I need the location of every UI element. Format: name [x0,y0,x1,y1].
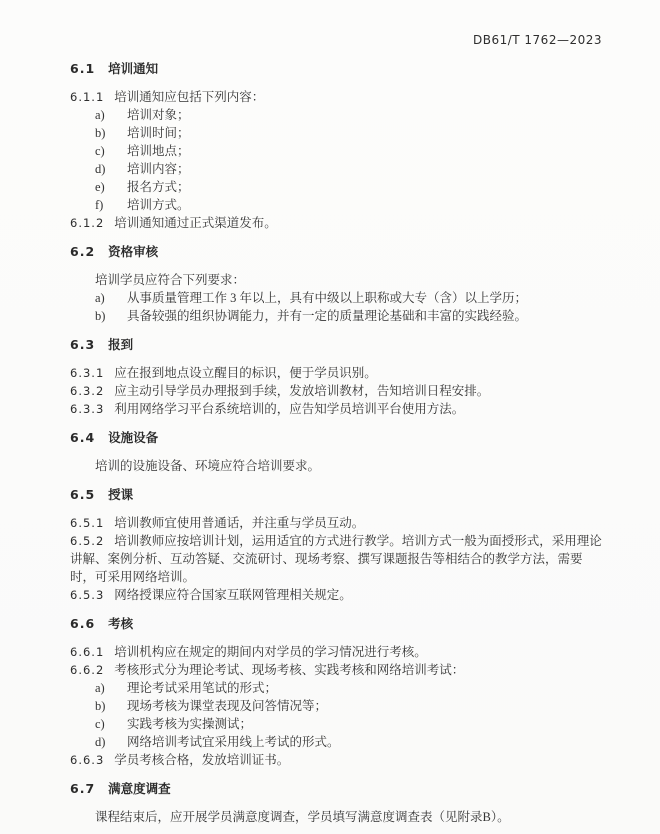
clause-6-5-1: 6.5.1培训教师宜使用普通话，并注重与学员互动。 [70,514,602,532]
clause-text: 培训机构应在规定的期间内对学员的学习情况进行考核。 [114,645,427,659]
clause-6-3-3: 6.3.3利用网络学习平台系统培训的，应告知学员培训平台使用方法。 [70,400,602,418]
list-text: 培训地点； [127,144,190,158]
paragraph: 培训的设施设备、环境应符合培训要求。 [70,457,602,475]
list-text: 报名方式； [127,180,190,194]
list-marker: b) [95,124,127,142]
clause-number: 6.3.1 [70,366,104,380]
clause-6-1-1: 6.1.1培训通知应包括下列内容： [70,88,602,106]
clause-text: 应在报到地点设立醒目的标识，便于学员识别。 [114,366,377,380]
clause-text: 学员考核合格，发放培训证书。 [114,753,289,767]
list-text: 培训方式。 [127,198,190,212]
section-number: 6.3 [70,337,95,352]
clause-number: 6.3.2 [70,384,104,398]
clause-text: 培训教师宜使用普通话，并注重与学员互动。 [114,516,364,530]
list-marker: a) [95,106,127,124]
clause-6-3-1: 6.3.1应在报到地点设立醒目的标识，便于学员识别。 [70,364,602,382]
clause-text: 培训教师应按培训计划，运用适宜的方式进行教学。培训方式一般为面授形式，采用理论讲… [70,534,602,584]
clause-number: 6.1.1 [70,90,104,104]
paragraph: 课程结束后，应开展学员满意度调查，学员填写满意度调查表（见附录B）。 [70,808,602,826]
list-marker: b) [95,697,127,715]
clause-number: 6.3.3 [70,402,104,416]
list-item: b)培训时间； [70,124,602,142]
clause-6-1-2: 6.1.2培训通知通过正式渠道发布。 [70,214,602,232]
list-item: b)具备较强的组织协调能力，并有一定的质量理论基础和丰富的实践经验。 [70,307,602,325]
clause-6-5-2: 6.5.2培训教师应按培训计划，运用适宜的方式进行教学。培训方式一般为面授形式，… [70,532,602,586]
clause-6-6-1: 6.6.1培训机构应在规定的期间内对学员的学习情况进行考核。 [70,643,602,661]
clause-6-3-2: 6.3.2应主动引导学员办理报到手续，发放培训教材，告知培训日程安排。 [70,382,602,400]
list-item: c)培训地点； [70,142,602,160]
section-heading-6-1: 6.1培训通知 [70,60,602,78]
list-marker: c) [95,715,127,733]
section-heading-6-4: 6.4设施设备 [70,429,602,447]
list-text: 理论考试采用笔试的形式； [127,681,277,695]
section-title: 授课 [108,488,133,502]
list-item: d)网络培训考试宜采用线上考试的形式。 [70,733,602,751]
section-heading-6-5: 6.5授课 [70,486,602,504]
list-text: 实践考核为实操测试； [127,717,252,731]
list-text: 培训内容； [127,162,190,176]
clause-text: 应主动引导学员办理报到手续，发放培训教材，告知培训日程安排。 [114,384,489,398]
list-text: 培训时间； [127,126,190,140]
list-item: a)理论考试采用笔试的形式； [70,679,602,697]
list-text: 培训对象； [127,108,190,122]
list-text: 现场考核为课堂表现及问答情况等； [127,699,327,713]
document-number-header: DB61/T 1762—2023 [70,32,602,48]
clause-6-5-3: 6.5.3网络授课应符合国家互联网管理相关规定。 [70,586,602,604]
clause-number: 6.6.3 [70,753,104,767]
clause-text: 利用网络学习平台系统培训的，应告知学员培训平台使用方法。 [114,402,464,416]
list-item: c)实践考核为实操测试； [70,715,602,733]
list-text: 具备较强的组织协调能力，并有一定的质量理论基础和丰富的实践经验。 [127,309,527,323]
list-marker: d) [95,733,127,751]
list-item: f)培训方式。 [70,196,602,214]
section-heading-6-7: 6.7满意度调查 [70,780,602,798]
section-title: 培训通知 [108,62,158,76]
list-marker: e) [95,178,127,196]
section-heading-6-2: 6.2资格审核 [70,243,602,261]
clause-number: 6.5.1 [70,516,104,530]
list-marker: f) [95,196,127,214]
list-text: 从事质量管理工作 3 年以上，具有中级以上职称或大专（含）以上学历； [127,291,527,305]
list-item: e)报名方式； [70,178,602,196]
section-title: 报到 [108,338,133,352]
list-marker: c) [95,142,127,160]
clause-text: 培训通知应包括下列内容： [114,90,264,104]
clause-text: 培训通知通过正式渠道发布。 [114,216,277,230]
list-item: a)培训对象； [70,106,602,124]
section-number: 6.6 [70,616,95,631]
clause-text: 网络授课应符合国家互联网管理相关规定。 [114,588,352,602]
clause-number: 6.5.2 [70,534,104,548]
list-marker: a) [95,679,127,697]
clause-6-6-2: 6.6.2考核形式分为理论考试、现场考核、实践考核和网络培训考试： [70,661,602,679]
clause-number: 6.6.1 [70,645,104,659]
clause-6-6-3: 6.6.3学员考核合格，发放培训证书。 [70,751,602,769]
list-text: 网络培训考试宜采用线上考试的形式。 [127,735,340,749]
section-number: 6.7 [70,781,95,796]
section-title: 满意度调查 [108,782,171,796]
list-marker: d) [95,160,127,178]
section-number: 6.1 [70,61,95,76]
document-page: DB61/T 1762—2023 6.1培训通知 6.1.1培训通知应包括下列内… [0,0,660,834]
clause-number: 6.1.2 [70,216,104,230]
list-marker: b) [95,307,127,325]
section-number: 6.5 [70,487,95,502]
section-title: 考核 [108,617,133,631]
list-marker: a) [95,289,127,307]
section-number: 6.4 [70,430,95,445]
clause-number: 6.5.3 [70,588,104,602]
section-heading-6-6: 6.6考核 [70,615,602,633]
clause-text: 考核形式分为理论考试、现场考核、实践考核和网络培训考试： [114,663,464,677]
clause-number: 6.6.2 [70,663,104,677]
list-item: d)培训内容； [70,160,602,178]
section-title: 设施设备 [108,431,158,445]
section-number: 6.2 [70,244,95,259]
list-item: b)现场考核为课堂表现及问答情况等； [70,697,602,715]
paragraph: 培训学员应符合下列要求： [70,271,602,289]
list-item: a)从事质量管理工作 3 年以上，具有中级以上职称或大专（含）以上学历； [70,289,602,307]
section-title: 资格审核 [108,245,158,259]
section-heading-6-3: 6.3报到 [70,336,602,354]
